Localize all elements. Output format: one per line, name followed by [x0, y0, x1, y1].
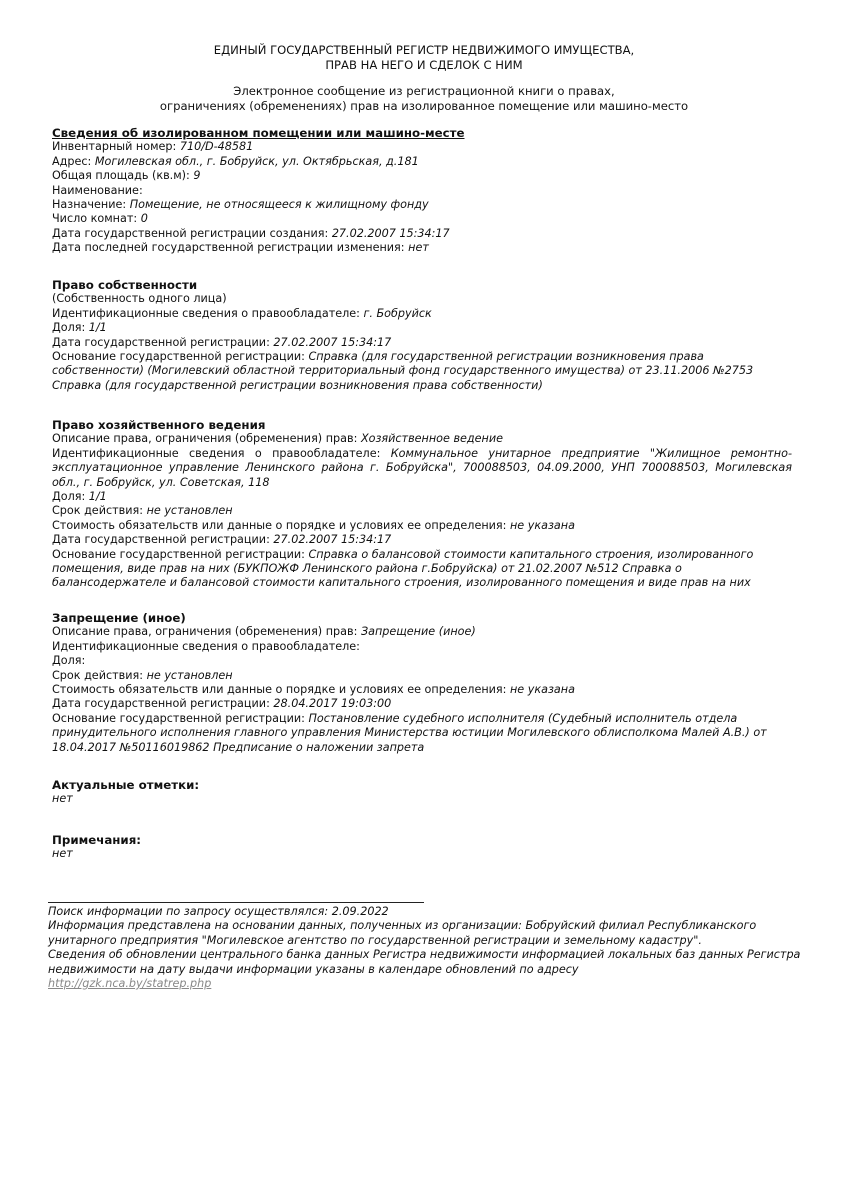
prohibition-section: Запрещение (иное) Описание права, ограни… [52, 611, 792, 755]
address-row: Адрес: Могилевская обл., г. Бобруйск, ул… [52, 155, 792, 169]
address-label: Адрес: [52, 155, 95, 168]
ownership-holder-label: Идентификационные сведения о правооблада… [52, 307, 364, 320]
registry-title-line2: ПРАВ НА НЕГО И СДЕЛОК С НИМ [0, 58, 848, 73]
created-date-value: 27.02.2007 15:34:17 [332, 227, 450, 240]
property-section: Сведения об изолированном помещении или … [52, 126, 792, 256]
ownership-share-row: Доля: 1/1 [52, 321, 792, 335]
prohibition-desc-label: Описание права, ограничения (обременения… [52, 625, 361, 638]
message-title-line1: Электронное сообщение из регистрационной… [0, 84, 848, 99]
prohibition-desc-value: Запрещение (иное) [361, 625, 476, 638]
ownership-holder-row: Идентификационные сведения о правооблада… [52, 307, 792, 321]
prohibition-date-value: 28.04.2017 19:03:00 [273, 697, 391, 710]
economic-right-section: Право хозяйственного ведения Описание пр… [52, 418, 792, 591]
prohibition-term-row: Срок действия: не установлен [52, 669, 792, 683]
ownership-share-value: 1/1 [89, 321, 107, 334]
area-value: 9 [193, 169, 200, 182]
changed-date-label: Дата последней государственной регистрац… [52, 241, 408, 254]
notes-section: Примечания: нет [52, 833, 792, 862]
prohibition-basis-label: Основание государственной регистрации: [52, 712, 308, 725]
prohibition-share-row: Доля: [52, 654, 792, 668]
message-title-line2: ограничениях (обременениях) прав на изол… [0, 99, 848, 114]
purpose-label: Назначение: [52, 198, 130, 211]
inventory-number-row: Инвентарный номер: 710/D-48581 [52, 140, 792, 154]
prohibition-cost-row: Стоимость обязательств или данные о поря… [52, 683, 792, 697]
rooms-label: Число комнат: [52, 212, 141, 225]
created-date-label: Дата государственной регистрации создани… [52, 227, 332, 240]
inventory-number-label: Инвентарный номер: [52, 140, 180, 153]
registry-title-line1: ЕДИНЫЙ ГОСУДАРСТВЕННЫЙ РЕГИСТР НЕДВИЖИМО… [0, 43, 848, 58]
changed-date-row: Дата последней государственной регистрац… [52, 241, 792, 255]
purpose-value: Помещение, не относящееся к жилищному фо… [130, 198, 429, 211]
economic-desc-row: Описание права, ограничения (обременения… [52, 432, 792, 446]
changed-date-value: нет [408, 241, 429, 254]
name-row: Наименование: [52, 184, 792, 198]
ownership-share-label: Доля: [52, 321, 89, 334]
search-date: Поиск информации по запросу осуществлялс… [48, 905, 808, 919]
marks-value: нет [52, 792, 792, 806]
economic-share-value: 1/1 [89, 490, 107, 503]
prohibition-basis-row: Основание государственной регистрации: П… [52, 712, 792, 755]
area-row: Общая площадь (кв.м): 9 [52, 169, 792, 183]
prohibition-term-label: Срок действия: [52, 669, 147, 682]
prohibition-share-label: Доля: [52, 654, 85, 667]
economic-basis-row: Основание государственной регистрации: С… [52, 548, 792, 591]
ownership-type: (Собственность одного лица) [52, 292, 792, 306]
economic-holder-label: Идентификационные сведения о правооблада… [52, 447, 391, 460]
notes-value: нет [52, 847, 792, 861]
economic-right-section-title: Право хозяйственного ведения [52, 418, 792, 432]
prohibition-cost-value: не указана [510, 683, 575, 696]
footer-divider [48, 902, 424, 903]
economic-term-value: не установлен [147, 504, 233, 517]
economic-date-value: 27.02.2007 15:34:17 [273, 533, 391, 546]
prohibition-cost-label: Стоимость обязательств или данные о поря… [52, 683, 510, 696]
marks-section: Актуальные отметки: нет [52, 778, 792, 807]
economic-desc-label: Описание права, ограничения (обременения… [52, 432, 361, 445]
prohibition-desc-row: Описание права, ограничения (обременения… [52, 625, 792, 639]
ownership-holder-value: г. Бобруйск [364, 307, 432, 320]
area-label: Общая площадь (кв.м): [52, 169, 193, 182]
inventory-number-value: 710/D-48581 [180, 140, 253, 153]
notes-section-title: Примечания: [52, 833, 792, 847]
economic-date-row: Дата государственной регистрации: 27.02.… [52, 533, 792, 547]
created-date-row: Дата государственной регистрации создани… [52, 227, 792, 241]
ownership-basis-row: Основание государственной регистрации: С… [52, 350, 792, 393]
address-value: Могилевская обл., г. Бобруйск, ул. Октяб… [95, 155, 419, 168]
ownership-date-row: Дата государственной регистрации: 27.02.… [52, 336, 792, 350]
document-page: ЕДИНЫЙ ГОСУДАРСТВЕННЫЙ РЕГИСТР НЕДВИЖИМО… [0, 0, 848, 1200]
name-label: Наименование: [52, 184, 143, 197]
economic-date-label: Дата государственной регистрации: [52, 533, 273, 546]
ownership-section: Право собственности (Собственность одног… [52, 278, 792, 393]
marks-section-title: Актуальные отметки: [52, 778, 792, 792]
ownership-date-value: 27.02.2007 15:34:17 [273, 336, 391, 349]
data-source: Информация представлена на основании дан… [48, 919, 808, 948]
economic-cost-row: Стоимость обязательств или данные о поря… [52, 519, 792, 533]
statrep-link[interactable]: http://gzk.nca.by/statrep.php [48, 977, 808, 991]
economic-share-label: Доля: [52, 490, 89, 503]
purpose-row: Назначение: Помещение, не относящееся к … [52, 198, 792, 212]
ownership-basis-label: Основание государственной регистрации: [52, 350, 308, 363]
prohibition-date-row: Дата государственной регистрации: 28.04.… [52, 697, 792, 711]
economic-basis-label: Основание государственной регистрации: [52, 548, 308, 561]
property-section-title: Сведения об изолированном помещении или … [52, 126, 792, 140]
economic-cost-label: Стоимость обязательств или данные о поря… [52, 519, 510, 532]
document-header: ЕДИНЫЙ ГОСУДАРСТВЕННЫЙ РЕГИСТР НЕДВИЖИМО… [0, 43, 848, 73]
rooms-value: 0 [141, 212, 148, 225]
economic-term-row: Срок действия: не установлен [52, 504, 792, 518]
economic-desc-value: Хозяйственное ведение [361, 432, 503, 445]
economic-share-row: Доля: 1/1 [52, 490, 792, 504]
prohibition-date-label: Дата государственной регистрации: [52, 697, 273, 710]
prohibition-section-title: Запрещение (иное) [52, 611, 792, 625]
prohibition-term-value: не установлен [147, 669, 233, 682]
prohibition-holder-row: Идентификационные сведения о правооблада… [52, 640, 792, 654]
ownership-date-label: Дата государственной регистрации: [52, 336, 273, 349]
rooms-row: Число комнат: 0 [52, 212, 792, 226]
footer: Поиск информации по запросу осуществлялс… [48, 905, 808, 991]
prohibition-holder-label: Идентификационные сведения о правооблада… [52, 640, 360, 653]
economic-cost-value: не указана [510, 519, 575, 532]
economic-holder-row: Идентификационные сведения о правооблада… [52, 447, 792, 490]
update-info: Сведения об обновлении центрального банк… [48, 948, 808, 977]
economic-term-label: Срок действия: [52, 504, 147, 517]
document-subheader: Электронное сообщение из регистрационной… [0, 84, 848, 114]
ownership-section-title: Право собственности [52, 278, 792, 292]
